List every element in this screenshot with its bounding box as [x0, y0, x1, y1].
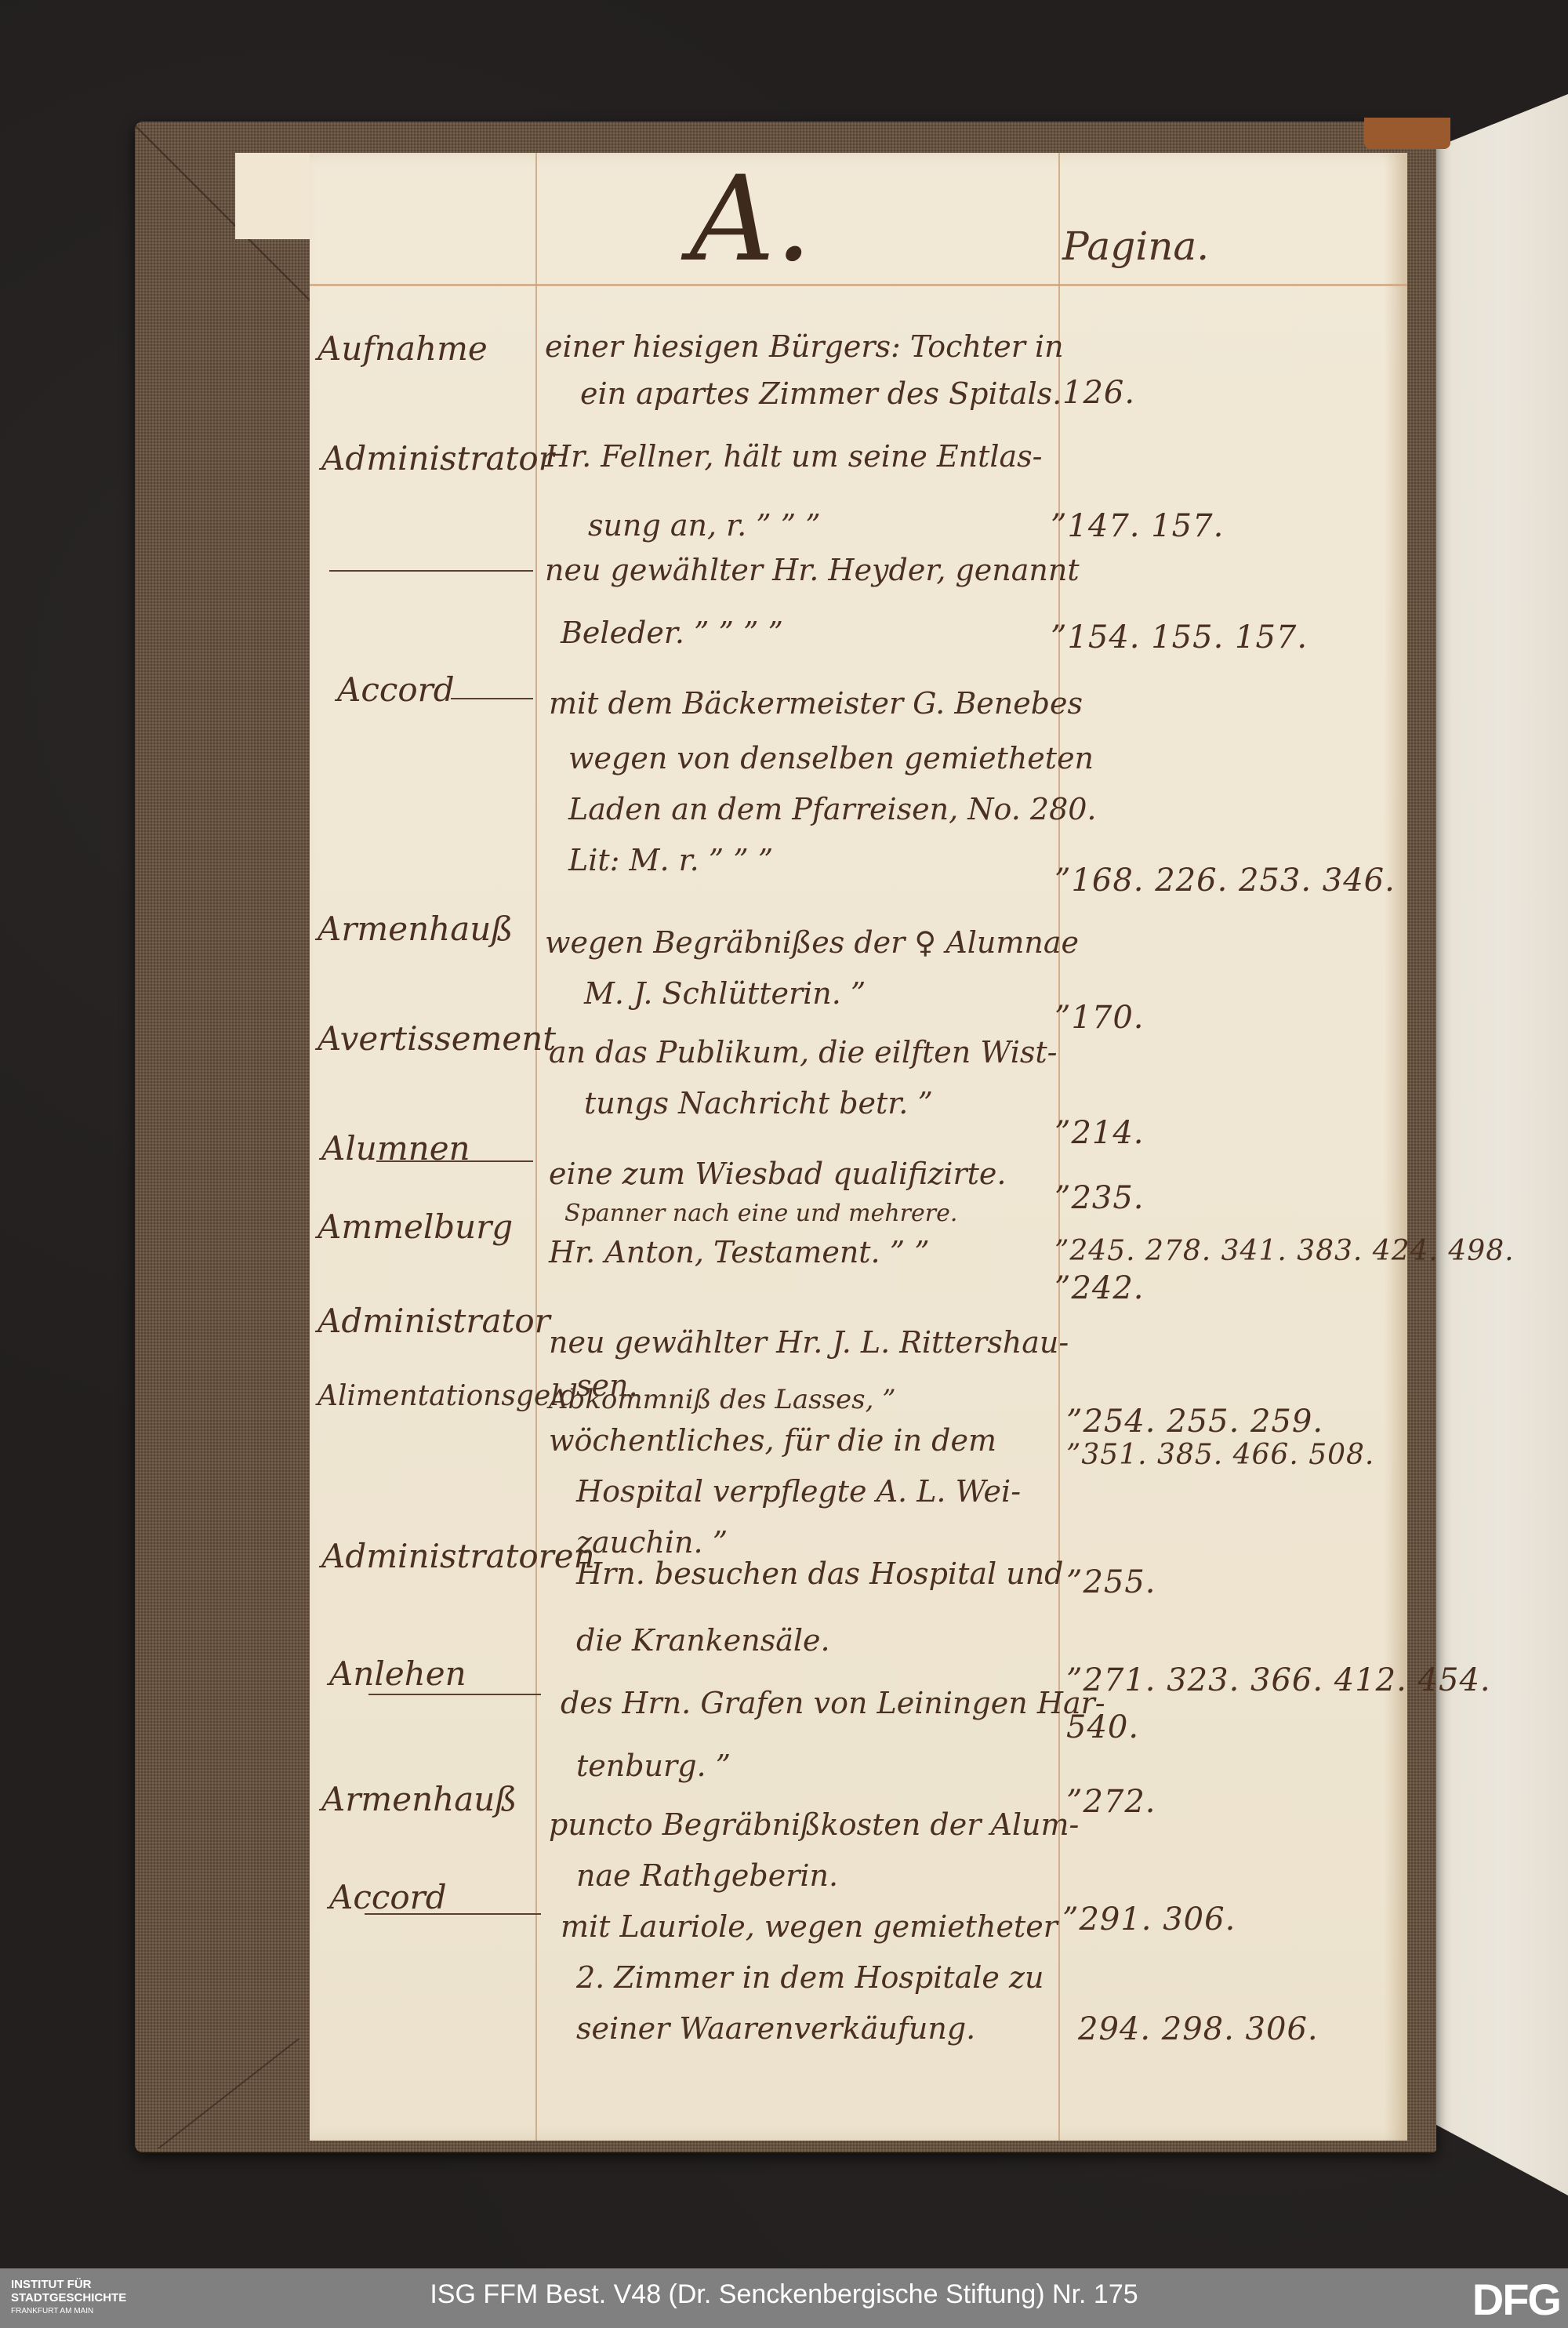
entry-pages-continued: ”242.	[1054, 1270, 1145, 1306]
entry-line: mit Lauriole, wegen gemietheter	[561, 1909, 1058, 1944]
entry-line: des Hrn. Grafen von Leiningen Har-	[561, 1686, 1105, 1720]
entry-pages: ”154. 155. 157.	[1051, 619, 1308, 656]
entry-pages: ”272.	[1066, 1784, 1156, 1820]
entry-line: mit dem Bäckermeister G. Benebes	[549, 686, 1083, 721]
entry-pages: ”168. 226. 253. 346.	[1054, 863, 1396, 899]
entry-line: seiner Waarenverkäufung.	[576, 2011, 975, 2046]
entry-keyword: Accord	[337, 670, 455, 709]
entry-line: an das Publikum, die eilften Wist-	[549, 1035, 1058, 1070]
entry-line: Spanner nach eine und mehrere.	[564, 1200, 957, 1227]
dfg-logo: DFG	[1472, 2278, 1560, 2322]
entry-line: tenburg. ”	[576, 1749, 731, 1783]
entry-keyword: Avertissement	[318, 1019, 556, 1058]
ditto-dash	[368, 1694, 541, 1695]
entry-pages: ”291. 306.	[1062, 1901, 1236, 1938]
ditto-dash	[376, 1160, 533, 1162]
entry-line: nae Rathgeberin.	[576, 1858, 838, 1893]
entry-line: sung an, r. ” ” ”	[588, 508, 821, 543]
entry-line: neu gewählter Hr. J. L. Rittershau-	[549, 1325, 1069, 1360]
entry-keyword: Administratoren	[321, 1537, 595, 1575]
archive-footer-bar: INSTITUT FÜR STADTGESCHICHTE FRANKFURT A…	[0, 2268, 1568, 2328]
entry-line: M. J. Schlütterin. ”	[584, 976, 866, 1011]
entry-line: 2. Zimmer in dem Hospitale zu	[576, 1960, 1044, 1995]
entry-keyword: Armenhauß	[318, 910, 513, 948]
leather-spine-fragment	[1364, 118, 1450, 149]
entry-pages: ”214.	[1054, 1115, 1145, 1151]
entry-pages: ”254. 255. 259.	[1066, 1404, 1323, 1440]
ditto-dash	[451, 698, 533, 699]
page-edge-stain	[1384, 153, 1407, 2141]
entry-line: wöchentliches, für die in dem	[549, 1423, 996, 1458]
entry-pages: ”245. 278. 341. 383. 424. 498.	[1054, 1235, 1515, 1267]
entry-pages: ”147. 157.	[1051, 508, 1224, 544]
cover-corner-fold-bottom	[151, 2039, 307, 2148]
entry-pages: ”255.	[1066, 1564, 1156, 1600]
entry-line: ein apartes Zimmer des Spitals.	[580, 376, 1062, 411]
archive-signature-title: ISG FFM Best. V48 (Dr. Senckenbergische …	[0, 2279, 1568, 2310]
entry-line: Lit: M. r. ” ” ”	[568, 843, 773, 877]
entry-keyword: Accord	[329, 1878, 447, 1916]
entry-line: tungs Nachricht betr. ”	[584, 1086, 933, 1120]
entry-line: einer hiesigen Bürgers: Tochter in	[545, 329, 1064, 364]
entry-line: Hr. Fellner, hält um seine Entlas-	[545, 439, 1043, 474]
entry-line: die Krankensäle.	[576, 1623, 830, 1658]
entry-pages-continued: ”351. 385. 466. 508.	[1066, 1439, 1374, 1471]
entry-line: Hr. Anton, Testament. ” ”	[549, 1235, 930, 1269]
entry-keyword: Aufnahme	[318, 329, 488, 368]
page-header-tab	[235, 153, 321, 239]
entry-keyword: Anlehen	[329, 1654, 466, 1693]
entry-pages: ”170.	[1054, 1000, 1145, 1036]
entry-pages: ”271. 323. 366. 412. 454.	[1066, 1662, 1491, 1698]
pages-column-header: Pagina.	[1062, 223, 1209, 269]
entry-line: eine zum Wiesbad qualifizirte.	[549, 1157, 1007, 1191]
ditto-dash	[329, 570, 533, 572]
entry-line: neu gewählter Hr. Heyder, genannt	[545, 553, 1080, 587]
entry-keyword: Administrator	[321, 439, 554, 478]
section-letter: A.	[690, 157, 812, 282]
entry-line: Laden an dem Pfarreisen, No. 280.	[568, 792, 1097, 826]
entry-keyword: Administrator	[318, 1302, 550, 1340]
entry-pages-continued: 540.	[1066, 1709, 1139, 1745]
entry-line: puncto Begräbnißkosten der Alum-	[549, 1807, 1079, 1842]
entry-line: zauchin. ”	[576, 1525, 728, 1560]
entry-keyword: Alimentationsgeld	[318, 1380, 578, 1412]
header-rule	[310, 284, 1407, 286]
entry-keyword: Ammelburg	[318, 1208, 513, 1246]
entry-line: Hrn. besuchen das Hospital und	[576, 1556, 1064, 1591]
entry-pages: ”235.	[1054, 1180, 1145, 1216]
entry-line: Abkommniß des Lasses, ”	[549, 1384, 896, 1415]
entry-line: Hospital verpflegte A. L. Wei-	[576, 1474, 1021, 1509]
entry-pages: 126.	[1062, 375, 1135, 411]
entry-line: Beleder. ” ” ” ”	[561, 616, 783, 650]
entry-line: wegen Begräbnißes der ♀ Alumnae	[545, 925, 1079, 960]
ditto-dash	[365, 1913, 541, 1915]
entry-pages-continued: 294. 298. 306.	[1078, 2011, 1319, 2047]
entry-keyword: Armenhauß	[321, 1780, 517, 1818]
entry-line: wegen von denselben gemietheten	[568, 741, 1094, 775]
